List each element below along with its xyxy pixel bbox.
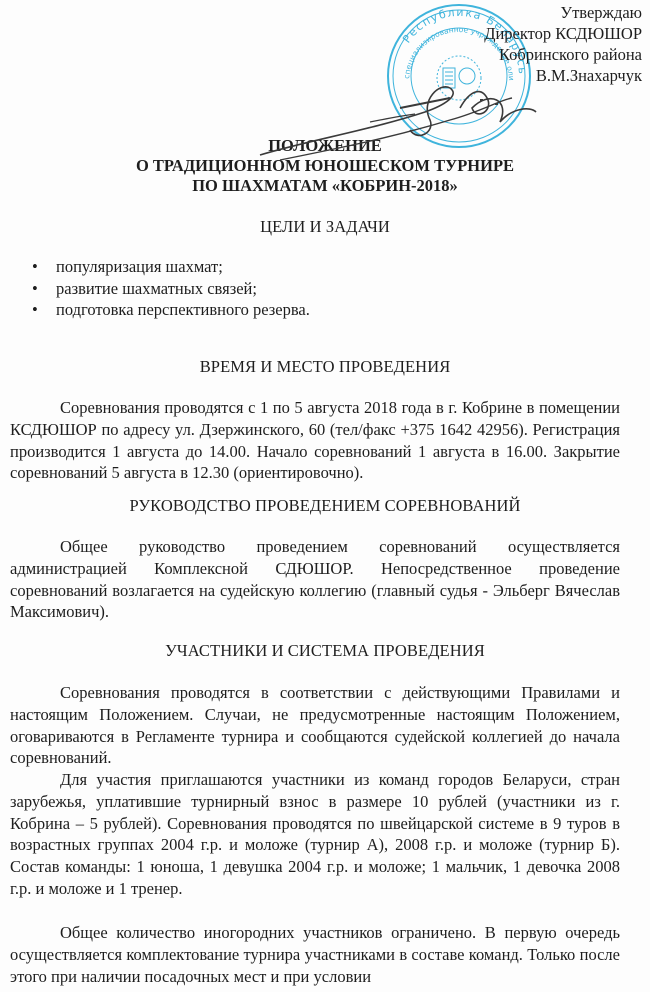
- paragraph-participants-invite: Для участия приглашаются участники из ко…: [10, 769, 620, 900]
- section-heading-management: РУКОВОДСТВО ПРОВЕДЕНИЕМ СОРЕВНОВАНИЙ: [0, 496, 650, 516]
- signature-icon: [250, 60, 550, 170]
- paragraph-time-place: Соревнования проводятся с 1 по 5 августа…: [10, 397, 620, 484]
- paragraph-participants-rules: Соревнования проводятся в соответствии с…: [10, 682, 620, 769]
- paragraph-text: Общее руководство проведением соревнован…: [10, 537, 620, 621]
- bullet-icon: •: [32, 278, 38, 300]
- paragraph-text: Общее количество иногородних участников …: [10, 923, 620, 986]
- goal-text: развитие шахматных связей;: [56, 279, 257, 298]
- approval-position: Директор КСДЮШОР: [484, 23, 642, 44]
- paragraph-management: Общее руководство проведением соревнован…: [10, 536, 620, 623]
- section-heading-goals: ЦЕЛИ И ЗАДАЧИ: [0, 217, 650, 237]
- list-item: •подготовка перспективного резерва.: [20, 299, 310, 321]
- goal-text: популяризация шахмат;: [56, 257, 223, 276]
- document-page: Республика Беларусь специализированное у…: [0, 0, 650, 992]
- goals-list: •популяризация шахмат; •развитие шахматн…: [20, 256, 310, 321]
- title-line-3: ПО ШАХМАТАМ «КОБРИН-2018»: [0, 176, 650, 196]
- paragraph-participants-limit: Общее количество иногородних участников …: [10, 922, 620, 987]
- goal-text: подготовка перспективного резерва.: [56, 300, 310, 319]
- bullet-icon: •: [32, 256, 38, 278]
- paragraph-text: Соревнования проводятся с 1 по 5 августа…: [10, 398, 620, 482]
- paragraph-text: Для участия приглашаются участники из ко…: [10, 770, 620, 898]
- list-item: •популяризация шахмат;: [20, 256, 310, 278]
- bullet-icon: •: [32, 299, 38, 321]
- section-heading-participants: УЧАСТНИКИ И СИСТЕМА ПРОВЕДЕНИЯ: [0, 641, 650, 661]
- list-item: •развитие шахматных связей;: [20, 278, 310, 300]
- paragraph-text: Соревнования проводятся в соответствии с…: [10, 683, 620, 767]
- section-heading-time-place: ВРЕМЯ И МЕСТО ПРОВЕДЕНИЯ: [0, 357, 650, 377]
- approval-line: Утверждаю: [484, 2, 642, 23]
